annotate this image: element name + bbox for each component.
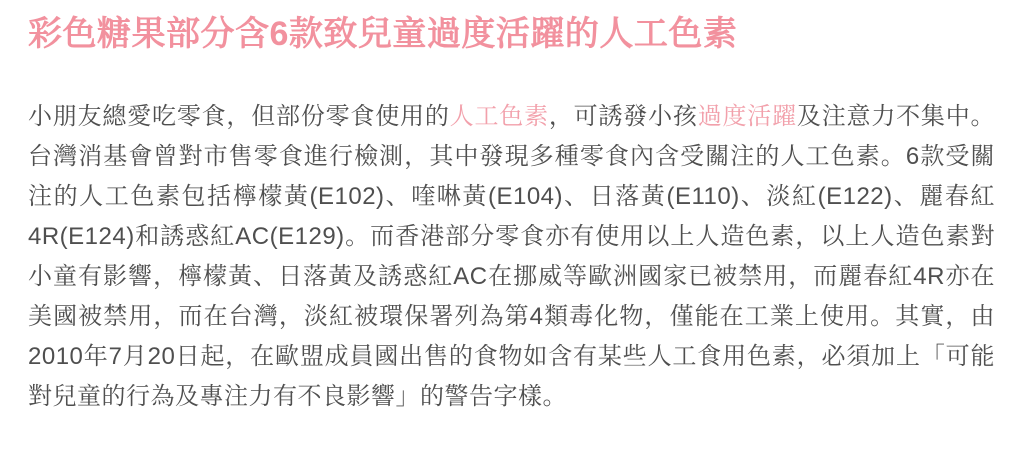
article-paragraph: 小朋友總愛吃零食，但部份零食使用的人工色素，可誘發小孩過度活躍及注意力不集中。台… [28, 97, 995, 417]
article-page: 彩色糖果部分含6款致兒童過度活躍的人工色素 小朋友總愛吃零食，但部份零食使用的人… [0, 0, 1023, 462]
article-title: 彩色糖果部分含6款致兒童過度活躍的人工色素 [28, 14, 995, 55]
article: 彩色糖果部分含6款致兒童過度活躍的人工色素 小朋友總愛吃零食，但部份零食使用的人… [0, 0, 1023, 417]
text-segment: 小朋友總愛吃零食，但部份零食使用的 [28, 103, 450, 130]
text-segment: ，可誘發小孩 [549, 103, 698, 130]
inline-link[interactable]: 人工色素 [450, 103, 549, 130]
text-segment: 及注意力不集中。台灣消基會曾對市售零食進行檢測，其中發現多種零食內含受關注的人工… [28, 103, 995, 410]
inline-link[interactable]: 過度活躍 [698, 103, 797, 130]
